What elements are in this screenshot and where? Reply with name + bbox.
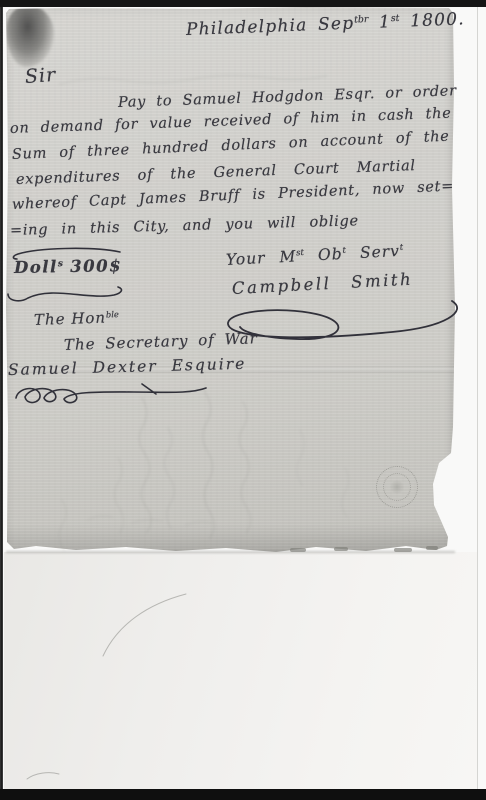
address-line-name: Samuel Dexter Esquire xyxy=(8,355,247,379)
top-edge-bar xyxy=(0,0,486,7)
letter-text-layer: Philadelphia Septbr 1st 1800. Sir Pay to… xyxy=(0,0,486,800)
amount-figure: Dolls 300$ xyxy=(14,256,122,277)
address-line-office: The Secretary of War xyxy=(64,329,258,354)
left-edge-line xyxy=(0,0,3,800)
signature: Campbell Smith xyxy=(232,270,414,298)
dateline: Philadelphia Septbr 1st 1800. xyxy=(186,9,466,40)
salutation: Sir xyxy=(24,64,57,88)
address-line-honorific: The Honble xyxy=(34,308,119,329)
scan-page: Philadelphia Septbr 1st 1800. Sir Pay to… xyxy=(0,0,486,800)
complimentary-closing: Your Mst Obt Servt xyxy=(226,242,404,269)
bottom-edge-bar xyxy=(0,789,486,800)
body-line: =ing in this City, and you will oblige xyxy=(10,213,359,239)
right-scanner-line xyxy=(477,7,478,789)
